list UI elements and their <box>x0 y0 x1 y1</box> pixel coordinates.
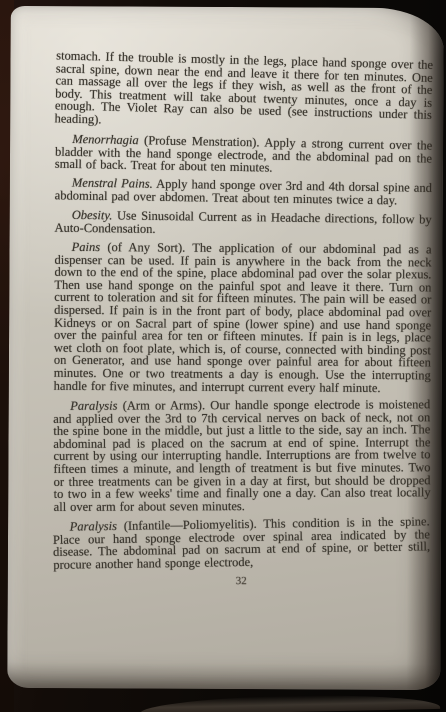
paragraph-text: stomach. If the trouble is mostly in the… <box>54 48 433 126</box>
book-photo: stomach. If the trouble is mostly in the… <box>0 0 446 712</box>
paragraph-obesity: Obesity. Use Sinusoidal Current as in He… <box>55 208 432 238</box>
paragraph-menstral-pains: Menstral Pains. Apply hand sponge over 3… <box>55 177 432 208</box>
book-page-edges <box>140 693 440 712</box>
book-page: stomach. If the trouble is mostly in the… <box>7 6 444 690</box>
paragraph-paralysis-arm: Paralysis (Arm or Arms). Our handle spon… <box>53 398 430 513</box>
paragraph-stomach-continuation: stomach. If the trouble is mostly in the… <box>54 49 433 134</box>
paragraph-text: (Arm or Arms). Our handle sponge electro… <box>53 397 430 513</box>
paragraph-paralysis-infantile: Paralysis (Infantile—Poliomyelitis). Thi… <box>53 515 431 571</box>
paragraph-pains: Pains (of Any Sort). The application of … <box>54 240 432 394</box>
page-number: 32 <box>53 572 430 589</box>
page-bottom-curve-shadow <box>7 662 440 690</box>
paragraph-menorrhagia: Menorrhagia (Profuse Menstration). Apply… <box>55 132 433 177</box>
page-text-block: stomach. If the trouble is mostly in the… <box>53 53 433 588</box>
paragraph-text: (of Any Sort). The application of our ab… <box>54 240 432 394</box>
